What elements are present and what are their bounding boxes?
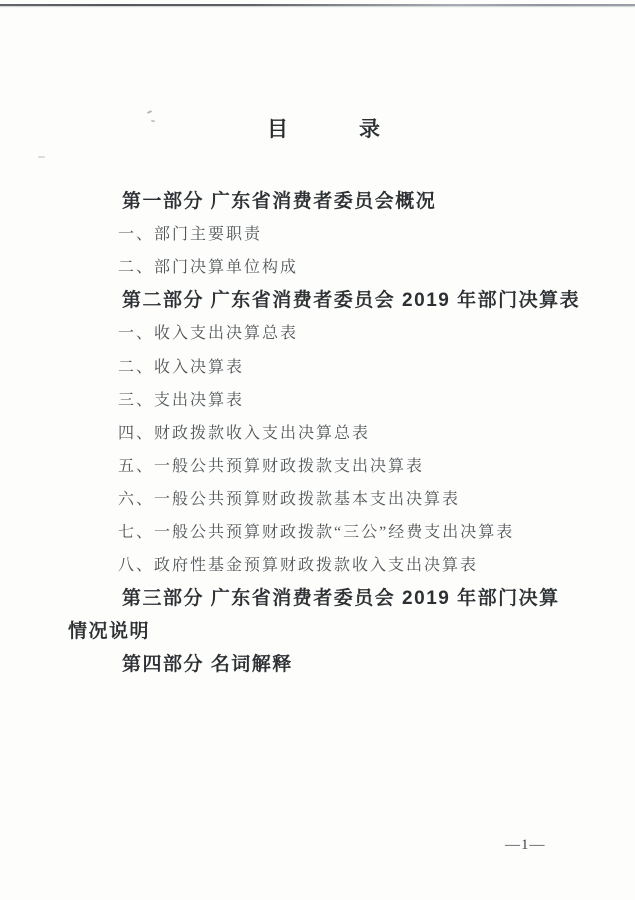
toc-item-text: 四、财政拨款收入支出决算总表 [118, 420, 370, 443]
toc-item-text: 七、一般公共预算财政拨款“三公”经费支出决算表 [118, 519, 514, 542]
toc-part-3-heading: 第三部分 广东省消费者委员会 2019 年部门决算 [68, 580, 595, 613]
toc-item-text: 八、政府性基金预算财政拨款收入支出决算表 [118, 552, 478, 575]
toc-item: 六、一般公共预算财政拨款基本支出决算表 [68, 481, 595, 514]
scan-edge-line [0, 4, 635, 6]
toc-item: 四、财政拨款收入支出决算总表 [68, 415, 595, 448]
toc-item-text: 二、部门决算单位构成 [118, 254, 298, 277]
toc-heading-text: 第三部分 广东省消费者委员会 2019 年部门决算 [122, 583, 560, 610]
toc-item-text: 一、收入支出决算总表 [118, 320, 298, 343]
toc-part-3-heading-wrap: 情况说明 [68, 613, 595, 646]
toc-item: 八、政府性基金预算财政拨款收入支出决算表 [68, 547, 595, 580]
toc-item-text: 六、一般公共预算财政拨款基本支出决算表 [118, 486, 460, 509]
toc-item-text: 二、收入决算表 [118, 354, 244, 377]
toc-item-text: 三、支出决算表 [118, 387, 244, 410]
scan-speck [38, 156, 45, 158]
toc-item: 七、一般公共预算财政拨款“三公”经费支出决算表 [68, 514, 595, 547]
toc-part-2-heading: 第二部分 广东省消费者委员会 2019 年部门决算表 [68, 282, 595, 315]
document-page: 目 录 第一部分 广东省消费者委员会概况 一、部门主要职责 二、部门决算单位构成… [0, 0, 635, 900]
toc-item: 一、部门主要职责 [68, 216, 595, 249]
page-number: —1— [505, 837, 546, 854]
toc-item-text: 五、一般公共预算财政拨款支出决算表 [118, 453, 424, 476]
page-title: 目 录 [0, 0, 635, 140]
toc-heading-text: 第一部分 广东省消费者委员会概况 [122, 186, 436, 213]
toc-item: 二、部门决算单位构成 [68, 249, 595, 282]
toc-item-text: 一、部门主要职责 [118, 221, 262, 244]
toc-heading-text: 第四部分 名词解释 [122, 649, 293, 676]
toc-part-1-heading: 第一部分 广东省消费者委员会概况 [68, 183, 595, 216]
toc-item: 二、收入决算表 [68, 348, 595, 381]
toc-heading-text: 第二部分 广东省消费者委员会 2019 年部门决算表 [122, 285, 580, 312]
toc-item: 一、收入支出决算总表 [68, 315, 595, 348]
toc-item: 三、支出决算表 [68, 382, 595, 415]
toc-heading-text: 情况说明 [68, 616, 150, 643]
toc-part-4-heading: 第四部分 名词解释 [68, 646, 595, 679]
toc-item: 五、一般公共预算财政拨款支出决算表 [68, 448, 595, 481]
table-of-contents: 第一部分 广东省消费者委员会概况 一、部门主要职责 二、部门决算单位构成 第二部… [0, 183, 635, 679]
